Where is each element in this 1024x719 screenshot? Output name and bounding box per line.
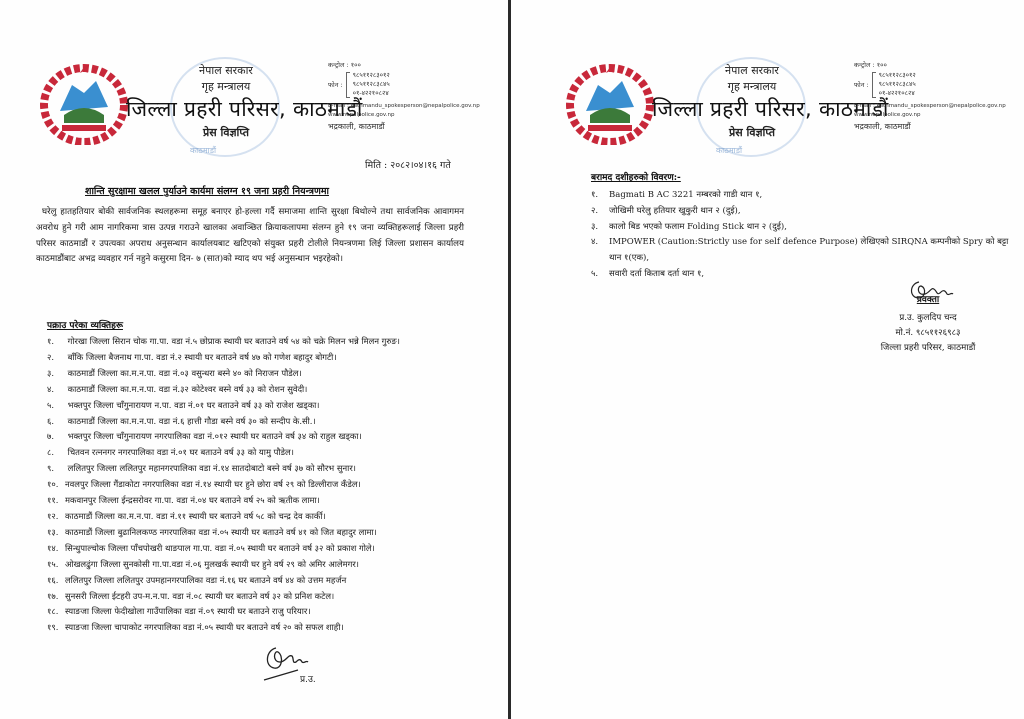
press-release-page-1: काठमाडौं नेपाल सरकार गृह मन्त्रालय जिल्ल… — [0, 0, 508, 719]
bracket-decoration — [872, 72, 876, 98]
list-item: ११.मकवानपुर जिल्ला ईन्द्रसरोवर गा.पा. वड… — [47, 493, 477, 509]
recovered-items-list: १.Bagmati B AC 3221 नम्बरको गाडी थान १, … — [591, 188, 1011, 283]
recovered-items-heading: बरामद दशीहरुको विवरण:- — [591, 170, 681, 183]
letterhead: काठमाडौं नेपाल सरकार गृह मन्त्रालय जिल्ल… — [566, 55, 1021, 165]
office-address: भद्रकाली, काठमाडौं — [854, 122, 1006, 131]
list-item: १७.सुनसरी जिल्ला ईटहरी उप-म.न.पा. वडा नं… — [47, 589, 477, 605]
list-item: २. बाँकि जिल्ला बैजनाथ गा.पा. वडा नं.२ स… — [47, 350, 477, 366]
website-url: www.nepalpolice.gov.np — [854, 111, 1006, 120]
spokesperson-office: जिल्ला प्रहरी परिसर, काठमाडौं — [858, 341, 998, 356]
list-item: ६. काठमाडौं जिल्ला का.म.न.पा. वडा नं.६ ह… — [47, 414, 477, 430]
arrested-list-heading: पक्राउ परेका व्यक्तिहरू — [47, 318, 123, 331]
list-item: १५.ओखलढुंगा जिल्ला सुनकोसी गा.पा.वडा नं.… — [47, 557, 477, 573]
list-item: २.जोखिमी घरेलु हतियार खुकुरी थान २ (दुई)… — [591, 204, 1011, 220]
phone-3: ०१-४२२१०८२४ — [353, 89, 390, 98]
phone-1: ९८५११२८३०१२ — [353, 71, 390, 80]
list-item: १०.नवलपुर जिल्ला गैंडाकोटा नगरपालिका वडा… — [47, 477, 477, 493]
list-item: १३.काठमाडौं जिल्ला बुढानिलकण्ठ नगरपालिका… — [47, 525, 477, 541]
list-item: १.Bagmati B AC 3221 नम्बरको गाडी थान १, — [591, 188, 1011, 204]
svg-text:प्र.उ.: प्र.उ. — [300, 675, 316, 685]
spokesperson-mobile: मो.नं. ९८५११२६९८३ — [858, 326, 998, 341]
list-item: १४.सिन्धुपाल्चोक जिल्ला पाँचपोखरी थाङपाल… — [47, 541, 477, 557]
arrested-persons-list: १. गोरखा जिल्ला सिरान चोक गा.पा. वडा नं.… — [47, 334, 477, 636]
letterhead: काठमाडौं नेपाल सरकार गृह मन्त्रालय जिल्ल… — [40, 55, 500, 165]
intro-paragraph: घरेलु हातहतियार बोकी सार्वजनिक स्थलहरूमा… — [36, 205, 464, 268]
phone-3: ०१-४२२१०८२४ — [879, 89, 916, 98]
phone-2: ९८५११२८३८४५ — [879, 80, 916, 89]
list-item: १. गोरखा जिल्ला सिरान चोक गा.पा. वडा नं.… — [47, 334, 477, 350]
list-item: १८.स्याङजा जिल्ला फेदीखोला गाउँपालिका वड… — [47, 604, 477, 620]
bracket-decoration — [346, 72, 350, 98]
government-name: नेपाल सरकार — [126, 63, 326, 78]
ministry-name: गृह मन्त्रालय — [126, 79, 326, 94]
phone-numbers: फोन : ९८५११२८३०१२ ९८५११२८३८४५ ०१-४२२१०८२… — [854, 71, 1006, 98]
nepal-emblem-icon — [566, 63, 654, 145]
press-release-label: प्रेस विज्ञप्ति — [126, 125, 326, 140]
government-name: नेपाल सरकार — [652, 63, 852, 78]
list-item: १९.स्याङजा जिल्ला चापाकोट नगरपालिका वडा … — [47, 620, 477, 636]
stamp-watermark-text: काठमाडौं — [716, 145, 742, 156]
nepal-emblem-icon — [40, 63, 128, 145]
phone-2: ९८५११२८३८४५ — [353, 80, 390, 89]
list-item: ५. भक्तपुर जिल्ला चाँगुनारायण न.पा. वडा … — [47, 398, 477, 414]
release-date: मिति : २०८२।०४।१६ गते — [365, 158, 451, 171]
phone-label: फोन : — [328, 80, 343, 89]
list-item: १६.ललितपुर जिल्ला ललितपुर उपमहानगरपालिका… — [47, 573, 477, 589]
list-item: ३. काठमाडौं जिल्ला का.म.न.पा. वडा नं.०३ … — [47, 366, 477, 382]
email-address: E-mail : kathmandu_spokesperson@nepalpol… — [328, 102, 480, 111]
spokesperson-name: प्र.उ. कुलदिप चन्द — [858, 311, 998, 326]
phone-label: फोन : — [854, 80, 869, 89]
list-item: ७. भक्तपुर जिल्ला चाँगुनारायण नगरपालिका … — [47, 429, 477, 445]
signature-image: प्र.उ. — [258, 640, 322, 686]
press-release-label: प्रेस विज्ञप्ति — [652, 125, 852, 140]
headline: शान्ति सुरक्षामा खलल पुर्याउने कार्यमा स… — [85, 184, 329, 197]
list-item: ३.कालो बिड भएको फलाम Folding Stick थान २… — [591, 220, 1011, 236]
phone-1: ९८५११२८३०१२ — [879, 71, 916, 80]
list-item: ८. चितवन रत्ननगर नगरपालिका वडा नं.०१ घर … — [47, 445, 477, 461]
stamp-watermark-text: काठमाडौं — [190, 145, 216, 156]
spokesperson-block: प्रवक्ता प्र.उ. कुलदिप चन्द मो.नं. ९८५११… — [858, 292, 998, 356]
press-release-page-2: काठमाडौं नेपाल सरकार गृह मन्त्रालय जिल्ल… — [511, 0, 1024, 719]
list-item: ४. काठमाडौं जिल्ला का.म.न.पा. वडा नं.३२ … — [47, 382, 477, 398]
list-item: १२.काठमाडौं जिल्ला का.म.न.पा. वडा नं.११ … — [47, 509, 477, 525]
office-address: भद्रकाली, काठमाडौं — [328, 122, 480, 131]
list-item: ४.IMPOWER (Caution:Strictly use for self… — [591, 235, 1011, 267]
email-address: E-mail : kathmandu_spokesperson@nepalpol… — [854, 102, 1006, 111]
control-number: कन्ट्रोल : १०० — [328, 61, 480, 70]
phone-numbers: फोन : ९८५११२८३०१२ ९८५११२८३८४५ ०१-४२२१०८२… — [328, 71, 480, 98]
control-number: कन्ट्रोल : १०० — [854, 61, 1006, 70]
contact-block: कन्ट्रोल : १०० फोन : ९८५११२८३०१२ ९८५११२८… — [328, 61, 480, 131]
spokesperson-role: प्रवक्ता — [858, 292, 998, 305]
ministry-name: गृह मन्त्रालय — [652, 79, 852, 94]
website-url: www.nepalpolice.gov.np — [328, 111, 480, 120]
list-item: ९. ललितपुर जिल्ला ललितपुर महानगरपालिका व… — [47, 461, 477, 477]
contact-block: कन्ट्रोल : १०० फोन : ९८५११२८३०१२ ९८५११२८… — [854, 61, 1006, 131]
